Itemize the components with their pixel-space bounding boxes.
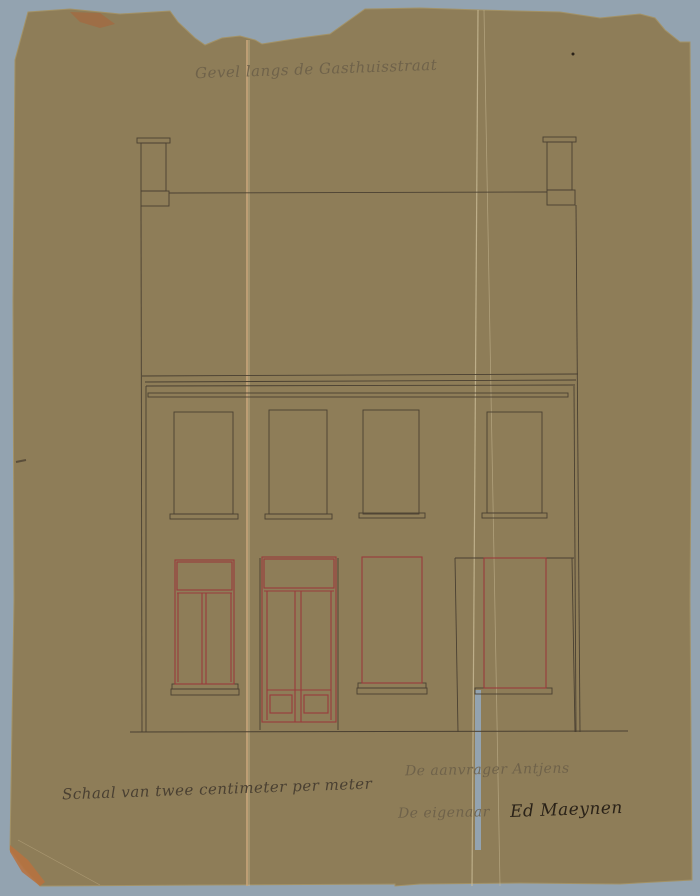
paper-svg [0, 0, 700, 896]
drawing-sheet: Gevel langs de Gasthuisstraat Schaal van… [0, 0, 700, 896]
owner-signature: Ed Maeynen [510, 798, 624, 822]
owner-prefix: De eigenaar [398, 804, 490, 822]
paper-body [10, 8, 692, 886]
applicant-line: De aanvrager Antjens [405, 761, 570, 780]
